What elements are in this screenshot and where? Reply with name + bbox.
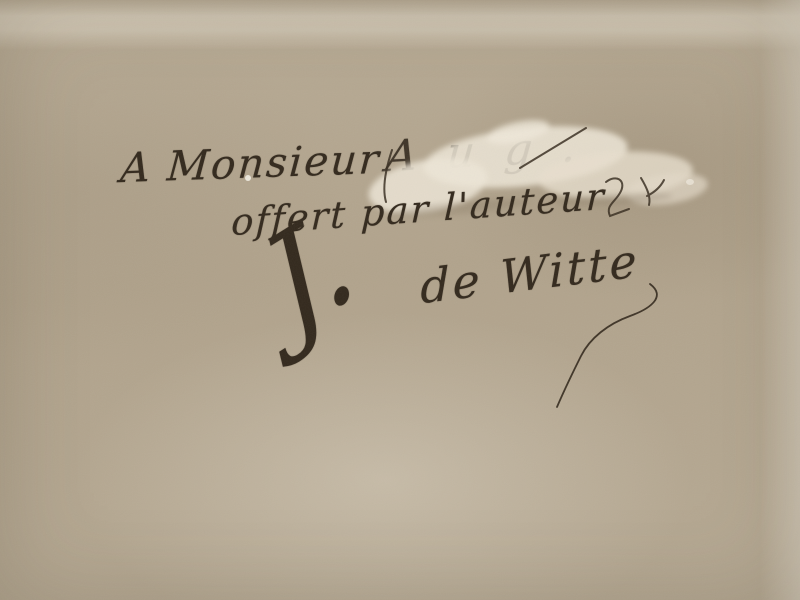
paper-speck <box>245 175 251 181</box>
dedication-page-photo: Aug. A Monsieur offert par l'auteur J. d… <box>0 0 800 600</box>
paper-background <box>0 0 800 600</box>
paper-speck <box>686 179 694 185</box>
dedication-line1: A Monsieur <box>119 139 382 189</box>
